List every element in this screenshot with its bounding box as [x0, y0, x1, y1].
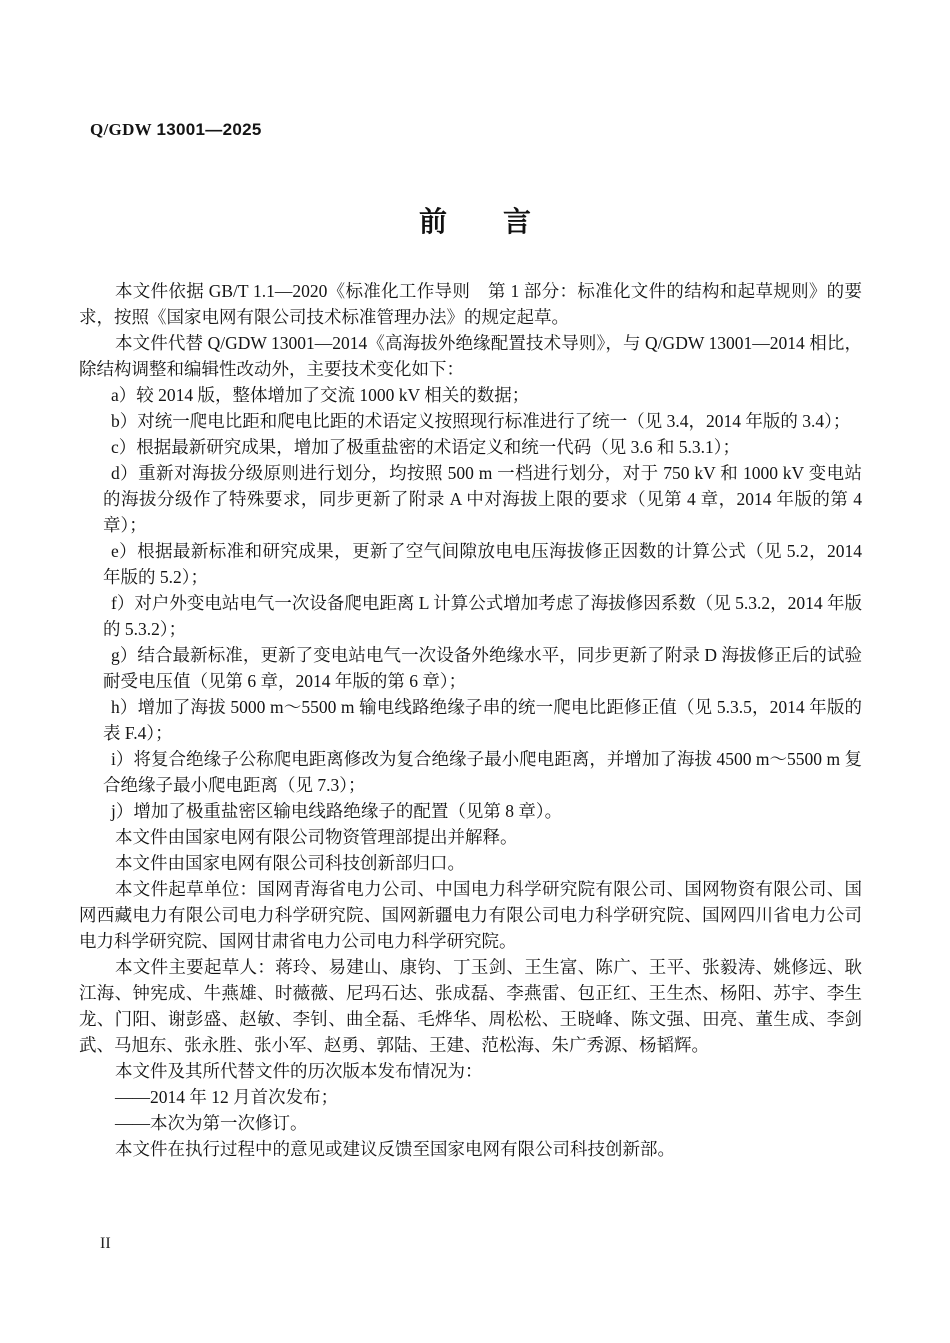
change-list-item: c）根据最新研究成果，增加了极重盐密的术语定义和统一代码（见 3.6 和 5.3…: [79, 434, 862, 460]
doc-number: Q/GDW 13001—2025: [90, 120, 262, 140]
change-list-item: a）较 2014 版，整体增加了交流 1000 kV 相关的数据；: [79, 382, 862, 408]
change-list-item: g）结合最新标准，更新了变电站电气一次设备外绝缘水平，同步更新了附录 D 海拔修…: [79, 642, 862, 694]
change-list-item: e）根据最新标准和研究成果，更新了空气间隙放电电压海拔修正因数的计算公式（见 5…: [79, 538, 862, 590]
paragraph: 本文件起草单位：国网青海省电力公司、中国电力科学研究院有限公司、国网物资有限公司…: [79, 876, 862, 954]
foreword-body: 本文件依据 GB/T 1.1—2020《标准化工作导则 第 1 部分：标准化文件…: [79, 278, 862, 1162]
list-item-text: 对户外变电站电气一次设备爬电距离 L 计算公式增加考虑了海拔修因系数（见 5.3…: [103, 593, 862, 639]
paragraph: 本文件代替 Q/GDW 13001—2014《高海拔外绝缘配置技术导则》，与 Q…: [79, 330, 862, 382]
list-item-label: j）: [111, 801, 133, 821]
paragraph: 本文件主要起草人：蒋玲、易建山、康钧、丁玉剑、王生富、陈广、王平、张毅涛、姚修远…: [79, 954, 862, 1058]
doc-number-prefix: Q/GDW: [90, 120, 152, 139]
change-list-item: f）对户外变电站电气一次设备爬电距离 L 计算公式增加考虑了海拔修因系数（见 5…: [79, 590, 862, 642]
list-item-label: c）: [111, 437, 136, 457]
list-item-label: e）: [111, 541, 137, 561]
list-item-label: h）: [111, 697, 138, 717]
page-title: 前 言: [0, 200, 950, 240]
change-list-item: b）对统一爬电比距和爬电比距的术语定义按照现行标准进行了统一（见 3.4，201…: [79, 408, 862, 434]
paragraph: ——本次为第一次修订。: [79, 1110, 862, 1136]
paragraph: 本文件由国家电网有限公司物资管理部提出并解释。: [79, 824, 862, 850]
list-item-text: 结合最新标准，更新了变电站电气一次设备外绝缘水平，同步更新了附录 D 海拔修正后…: [103, 645, 862, 691]
change-list-item: h）增加了海拔 5000 m～5500 m 输电线路绝缘子串的统一爬电比距修正值…: [79, 694, 862, 746]
doc-number-value: 13001—2025: [157, 120, 262, 139]
page-number: II: [100, 1235, 111, 1253]
document-page: Q/GDW 13001—2025 前 言 本文件依据 GB/T 1.1—2020…: [0, 0, 950, 1343]
list-item-text: 增加了极重盐密区输电线路绝缘子的配置（见第 8 章）。: [133, 801, 562, 821]
list-item-label: d）: [111, 463, 138, 483]
paragraph: 本文件依据 GB/T 1.1—2020《标准化工作导则 第 1 部分：标准化文件…: [79, 278, 862, 330]
paragraph: 本文件由国家电网有限公司科技创新部归口。: [79, 850, 862, 876]
list-item-label: g）: [111, 645, 137, 665]
list-item-text: 根据最新标准和研究成果，更新了空气间隙放电电压海拔修正因数的计算公式（见 5.2…: [103, 541, 862, 587]
change-list-item: i）将复合绝缘子公称爬电距离修改为复合绝缘子最小爬电距离，并增加了海拔 4500…: [79, 746, 862, 798]
paragraph: ——2014 年 12 月首次发布；: [79, 1084, 862, 1110]
paragraph: 本文件在执行过程中的意见或建议反馈至国家电网有限公司科技创新部。: [79, 1136, 862, 1162]
list-item-label: f）: [111, 593, 134, 613]
change-list-item: j）增加了极重盐密区输电线路绝缘子的配置（见第 8 章）。: [79, 798, 862, 824]
paragraph: 本文件及其所代替文件的历次版本发布情况为：: [79, 1058, 862, 1084]
change-list-item: d）重新对海拔分级原则进行划分，均按照 500 m 一档进行划分，对于 750 …: [79, 460, 862, 538]
list-item-text: 重新对海拔分级原则进行划分，均按照 500 m 一档进行划分，对于 750 kV…: [103, 463, 862, 535]
list-item-text: 较 2014 版，整体增加了交流 1000 kV 相关的数据；: [136, 385, 529, 405]
list-item-label: i）: [111, 749, 133, 769]
list-item-text: 增加了海拔 5000 m～5500 m 输电线路绝缘子串的统一爬电比距修正值（见…: [103, 697, 862, 743]
list-item-text: 将复合绝缘子公称爬电距离修改为复合绝缘子最小爬电距离，并增加了海拔 4500 m…: [103, 749, 862, 795]
list-item-label: b）: [111, 411, 137, 431]
list-item-text: 根据最新研究成果，增加了极重盐密的术语定义和统一代码（见 3.6 和 5.3.1…: [136, 437, 740, 457]
list-item-label: a）: [111, 385, 136, 405]
list-item-text: 对统一爬电比距和爬电比距的术语定义按照现行标准进行了统一（见 3.4，2014 …: [137, 411, 850, 431]
